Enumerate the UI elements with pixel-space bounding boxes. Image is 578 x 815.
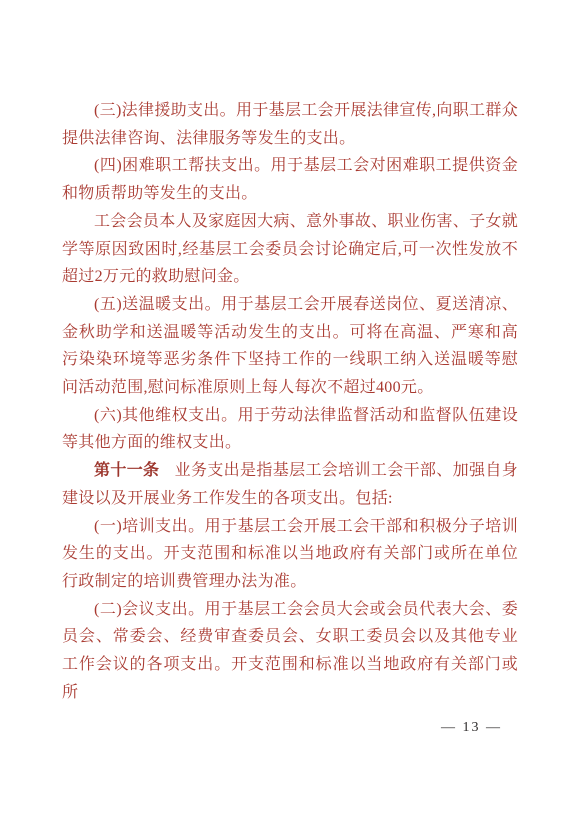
paragraph-text: (五)送温暖支出。用于基层工会开展春送岗位、夏送清凉、金秋助学和送温暖等活动发生… [62,296,518,396]
paragraph-hardship-detail: 工会会员本人及家庭因大病、意外事故、职业伤害、子女就学等原因致困时,经基层工会委… [62,208,518,291]
page-number: — 13 — [441,720,502,736]
paragraph-item-3-legal-aid: (三)法律援助支出。用于基层工会开展法律宣传,向职工群众提供法律咨询、法律服务等… [62,97,518,152]
paragraph-item-6-other-rights: (六)其他维权支出。用于劳动法律监督活动和监督队伍建设等其他方面的维权支出。 [62,402,518,457]
paragraph-text: 工会会员本人及家庭因大病、意外事故、职业伤害、子女就学等原因致困时,经基层工会委… [62,213,518,285]
article-number-label: 第十一条 [94,462,159,479]
paragraph-text: (一)培训支出。用于基层工会开展工会干部和积极分子培训发生的支出。开支范围和标准… [62,518,518,590]
paragraph-item-2-meetings: (二)会议支出。用于基层工会会员大会或会员代表大会、委员会、常委会、经费审查委员… [62,596,518,707]
paragraph-item-4-hardship-aid: (四)困难职工帮扶支出。用于基层工会对困难职工提供资金和物质帮助等发生的支出。 [62,152,518,207]
paragraph-text: (四)困难职工帮扶支出。用于基层工会对困难职工提供资金和物质帮助等发生的支出。 [62,157,518,202]
paragraph-item-1-training: (一)培训支出。用于基层工会开展工会干部和积极分子培训发生的支出。开支范围和标准… [62,513,518,596]
document-page: (三)法律援助支出。用于基层工会开展法律宣传,向职工群众提供法律咨询、法律服务等… [0,0,578,815]
paragraph-item-5-warmth: (五)送温暖支出。用于基层工会开展春送岗位、夏送清凉、金秋助学和送温暖等活动发生… [62,291,518,402]
document-body-text: (三)法律援助支出。用于基层工会开展法律宣传,向职工群众提供法律咨询、法律服务等… [62,97,518,706]
paragraph-text: (六)其他维权支出。用于劳动法律监督活动和监督队伍建设等其他方面的维权支出。 [62,407,518,452]
paragraph-text: (二)会议支出。用于基层工会会员大会或会员代表大会、委员会、常委会、经费审查委员… [62,601,518,701]
paragraph-text: (三)法律援助支出。用于基层工会开展法律宣传,向职工群众提供法律咨询、法律服务等… [62,102,518,147]
paragraph-article-11: 第十一条业务支出是指基层工会培训工会干部、加强自身建设以及开展业务工作发生的各项… [62,457,518,512]
